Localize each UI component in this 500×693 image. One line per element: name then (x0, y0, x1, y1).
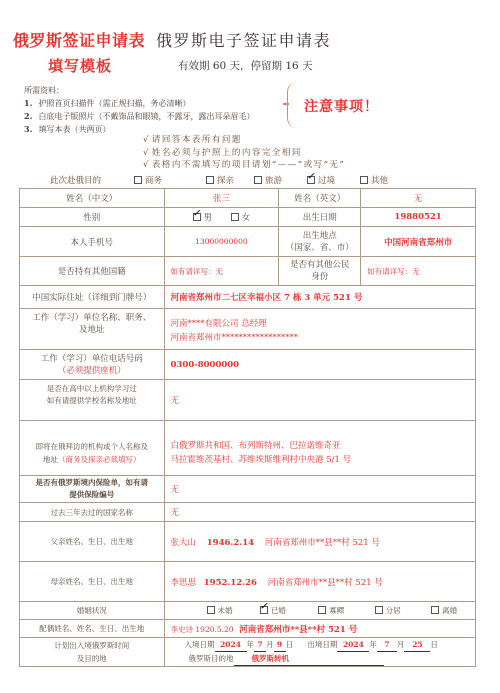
table-row: 工作（学习）单位名称、职务、及地址 河南****有限公司 总经理河南省郑州市**… (20, 309, 476, 350)
plan-label: 计划出入境俄罗斯时间及目的地 (20, 638, 165, 667)
mother-value[interactable]: 李思思 1952.12.26 河南省郑州市**县**村 521 号 (164, 562, 475, 602)
entry-day-field[interactable]: 9 (274, 638, 286, 652)
gender-male-option[interactable]: 男 (193, 213, 213, 223)
table-row: 配偶姓名、姓名、生日、出生地 李史诗 1920.5.20 河南省郑州市**县**… (20, 620, 476, 638)
gender-female-option[interactable]: 女 (231, 213, 251, 223)
purpose-label: 此次赴俄目的 (50, 174, 101, 186)
birth-place-value[interactable]: 中国河南省郑州市 (361, 227, 476, 257)
material-item: 1. 护照首页扫描件（需正规扫描，务必清晰） (24, 97, 255, 110)
brace-tip-icon (283, 103, 289, 105)
work-phone-label: 工作（学习）单位电话号码（必须提供座机） (20, 350, 165, 380)
birth-date-value[interactable]: 19880521 (361, 208, 476, 227)
exit-month-field[interactable]: 7 (377, 638, 397, 652)
gender-options: 男 女 (164, 208, 279, 227)
checkbox-checked-icon[interactable] (307, 176, 315, 184)
visit-value[interactable]: 白俄罗斯共和国、布列斯特州、巴拉诺维奇亚马拉霍维茨基村、苏维埃斯维利村中央港 5… (164, 421, 475, 476)
marital-label: 婚姻状况 (20, 602, 165, 620)
table-row: 是否有俄罗斯境内保险单，如有请提供保险编号 无 (20, 476, 476, 503)
materials-heading: 所需资料： (24, 84, 255, 97)
marital-options: 未婚 已婚 寡鳏 分居 离婚 (164, 602, 475, 620)
father-value[interactable]: 张大山 1946.2.14 河南省郑州市**县**村 521 号 (164, 522, 475, 562)
table-row: 婚姻状况 未婚 已婚 寡鳏 分居 离婚 (20, 602, 476, 620)
tip-item: √表格内不需填写的项目请划“——”或写“无” (143, 159, 345, 172)
table-row: 即将在俄拜访的机构或个人名称及地址（商务及探亲必须填写） 白俄罗斯共和国、布列斯… (20, 421, 476, 476)
page-title-dark: 俄罗斯电子签证申请表 (156, 28, 331, 51)
brace-icon (287, 82, 297, 128)
table-row: 是否在高中以上机构学习过如有请提供学校名称及地址 无 (20, 380, 476, 421)
exit-day-field[interactable]: 25 (404, 638, 430, 652)
phone-label: 本人手机号 (20, 227, 165, 257)
other-citizenship-value[interactable]: 如有请详写：无 (361, 257, 476, 286)
visa-application-table: 姓名（中文） 张三 姓名（英文） 无 性别 男 女 出生日期 19880521 … (19, 188, 476, 667)
checkbox-icon[interactable] (254, 176, 262, 184)
table-row: 中国实际住址（详细到门牌号） 河南省郑州市二七区幸福小区 7 栋 3 单元 52… (20, 286, 476, 309)
name-cn-value[interactable]: 张三 (164, 189, 279, 208)
table-row: 母亲姓名、生日、出生地 李思思 1952.12.26 河南省郑州市**县**村 … (20, 562, 476, 602)
phone-value[interactable]: 13000000000 (164, 227, 279, 257)
spouse-label: 配偶姓名、姓名、生日、出生地 (20, 620, 165, 638)
table-row: 过去三年去过的国家名称 无 (20, 503, 476, 522)
visit-label: 即将在俄拜访的机构或个人名称及地址（商务及探亲必须填写） (20, 421, 165, 476)
purpose-option-transit[interactable]: 过境 (307, 174, 335, 186)
checkbox-icon[interactable] (375, 606, 383, 614)
insurance-label: 是否有俄罗斯境内保险单，如有请提供保险编号 (20, 476, 165, 503)
check-mark-icon: √ (143, 160, 150, 170)
material-item: 2. 白底电子版照片（不戴饰品和眼镜，不露牙，露出耳朵眉毛） (24, 110, 255, 123)
purpose-option-business[interactable]: 商务 (134, 174, 162, 186)
work-label: 工作（学习）单位名称、职务、及地址 (20, 309, 165, 350)
checkbox-icon[interactable] (431, 606, 439, 614)
insurance-value[interactable]: 无 (164, 476, 475, 503)
checkbox-checked-icon[interactable] (193, 213, 201, 221)
checkbox-icon[interactable] (318, 606, 326, 614)
school-value[interactable]: 无 (164, 380, 475, 421)
trip-purpose-row: 此次赴俄目的 商务 探亲 旅游 过境 其他 (50, 174, 490, 186)
exit-year-field[interactable]: 2024 (337, 638, 369, 652)
birth-place-label: 出生地点（国家、省、市） (279, 227, 361, 257)
purpose-option-family[interactable]: 探亲 (206, 174, 234, 186)
check-mark-icon: √ (143, 135, 150, 145)
other-citizenship-label: 是否有其他公民身份 (279, 257, 361, 286)
checkbox-icon[interactable] (360, 176, 368, 184)
entry-month-field[interactable]: 7 (254, 638, 266, 652)
name-en-value[interactable]: 无 (361, 189, 476, 208)
work-value[interactable]: 河南****有限公司 总经理河南省郑州市****************** (164, 309, 475, 350)
checkbox-icon[interactable] (207, 606, 215, 614)
checkbox-icon[interactable] (134, 176, 142, 184)
countries-value[interactable]: 无 (164, 503, 475, 522)
check-mark-icon: √ (143, 148, 150, 158)
fill-tips: √请回答本表所有问题 √姓名必须与护照上的内容完全相同 √表格内不需填写的项目请… (143, 134, 345, 172)
marital-option-married[interactable]: 已婚 (260, 606, 286, 615)
table-row: 父亲姓名、生日、出生地 张大山 1946.2.14 河南省郑州市**县**村 5… (20, 522, 476, 562)
notice-heading: 注意事项！ (304, 96, 379, 116)
marital-option-divorced[interactable]: 离婚 (431, 606, 457, 615)
tip-item: √姓名必须与护照上的内容完全相同 (143, 147, 345, 160)
destination-field[interactable]: 俄罗斯转机 (234, 652, 384, 666)
entry-year-field[interactable]: 2024 (215, 638, 247, 652)
purpose-option-tourism[interactable]: 旅游 (254, 174, 282, 186)
table-row: 计划出入境俄罗斯时间及目的地 入境日期2024年7月9日 出境日期2024年7月… (20, 638, 476, 667)
table-row: 工作（学习）单位电话号码（必须提供座机） 0300-8000000 (20, 350, 476, 380)
marital-option-single[interactable]: 未婚 (207, 606, 233, 615)
school-label: 是否在高中以上机构学习过如有请提供学校名称及地址 (20, 380, 165, 421)
other-nationality-value[interactable]: 如有请详写：无 (164, 257, 279, 286)
name-cn-label: 姓名（中文） (20, 189, 165, 208)
required-materials: 所需资料： 1. 护照首页扫描件（需正规扫描，务必清晰） 2. 白底电子版照片（… (24, 84, 255, 136)
name-en-label: 姓名（英文） (279, 189, 361, 208)
birth-date-label: 出生日期 (279, 208, 361, 227)
marital-option-widowed[interactable]: 寡鳏 (318, 606, 344, 615)
validity-note: 有效期 60 天，停留期 16 天 (178, 58, 313, 73)
address-value[interactable]: 河南省郑州市二七区幸福小区 7 栋 3 单元 521 号 (164, 286, 475, 309)
purpose-option-other[interactable]: 其他 (360, 174, 388, 186)
other-nationality-label: 是否持有其他国籍 (20, 257, 165, 286)
gender-label: 性别 (20, 208, 165, 227)
father-label: 父亲姓名、生日、出生地 (20, 522, 165, 562)
spouse-value[interactable]: 李史诗 1920.5.20 河南省郑州市**县**村 521 号 (164, 620, 475, 638)
table-row: 性别 男 女 出生日期 19880521 (20, 208, 476, 227)
plan-value: 入境日期2024年7月9日 出境日期2024年7月25日 俄罗斯目的地俄罗斯转机 (164, 638, 475, 667)
table-row: 是否持有其他国籍 如有请详写：无 是否有其他公民身份 如有请详写：无 (20, 257, 476, 286)
table-row: 姓名（中文） 张三 姓名（英文） 无 (20, 189, 476, 208)
template-subtitle: 填写模板 (48, 55, 112, 76)
tip-item: √请回答本表所有问题 (143, 134, 345, 147)
mother-label: 母亲姓名、生日、出生地 (20, 562, 165, 602)
page-title-red: 俄罗斯签证申请表 (13, 28, 145, 51)
checkbox-icon[interactable] (231, 213, 239, 221)
work-phone-value[interactable]: 0300-8000000 (164, 350, 475, 380)
checkbox-icon[interactable] (206, 176, 214, 184)
checkbox-checked-icon[interactable] (260, 606, 268, 614)
countries-label: 过去三年去过的国家名称 (20, 503, 165, 522)
marital-option-separated[interactable]: 分居 (375, 606, 401, 615)
address-label: 中国实际住址（详细到门牌号） (20, 286, 165, 309)
table-row: 本人手机号 13000000000 出生地点（国家、省、市） 中国河南省郑州市 (20, 227, 476, 257)
